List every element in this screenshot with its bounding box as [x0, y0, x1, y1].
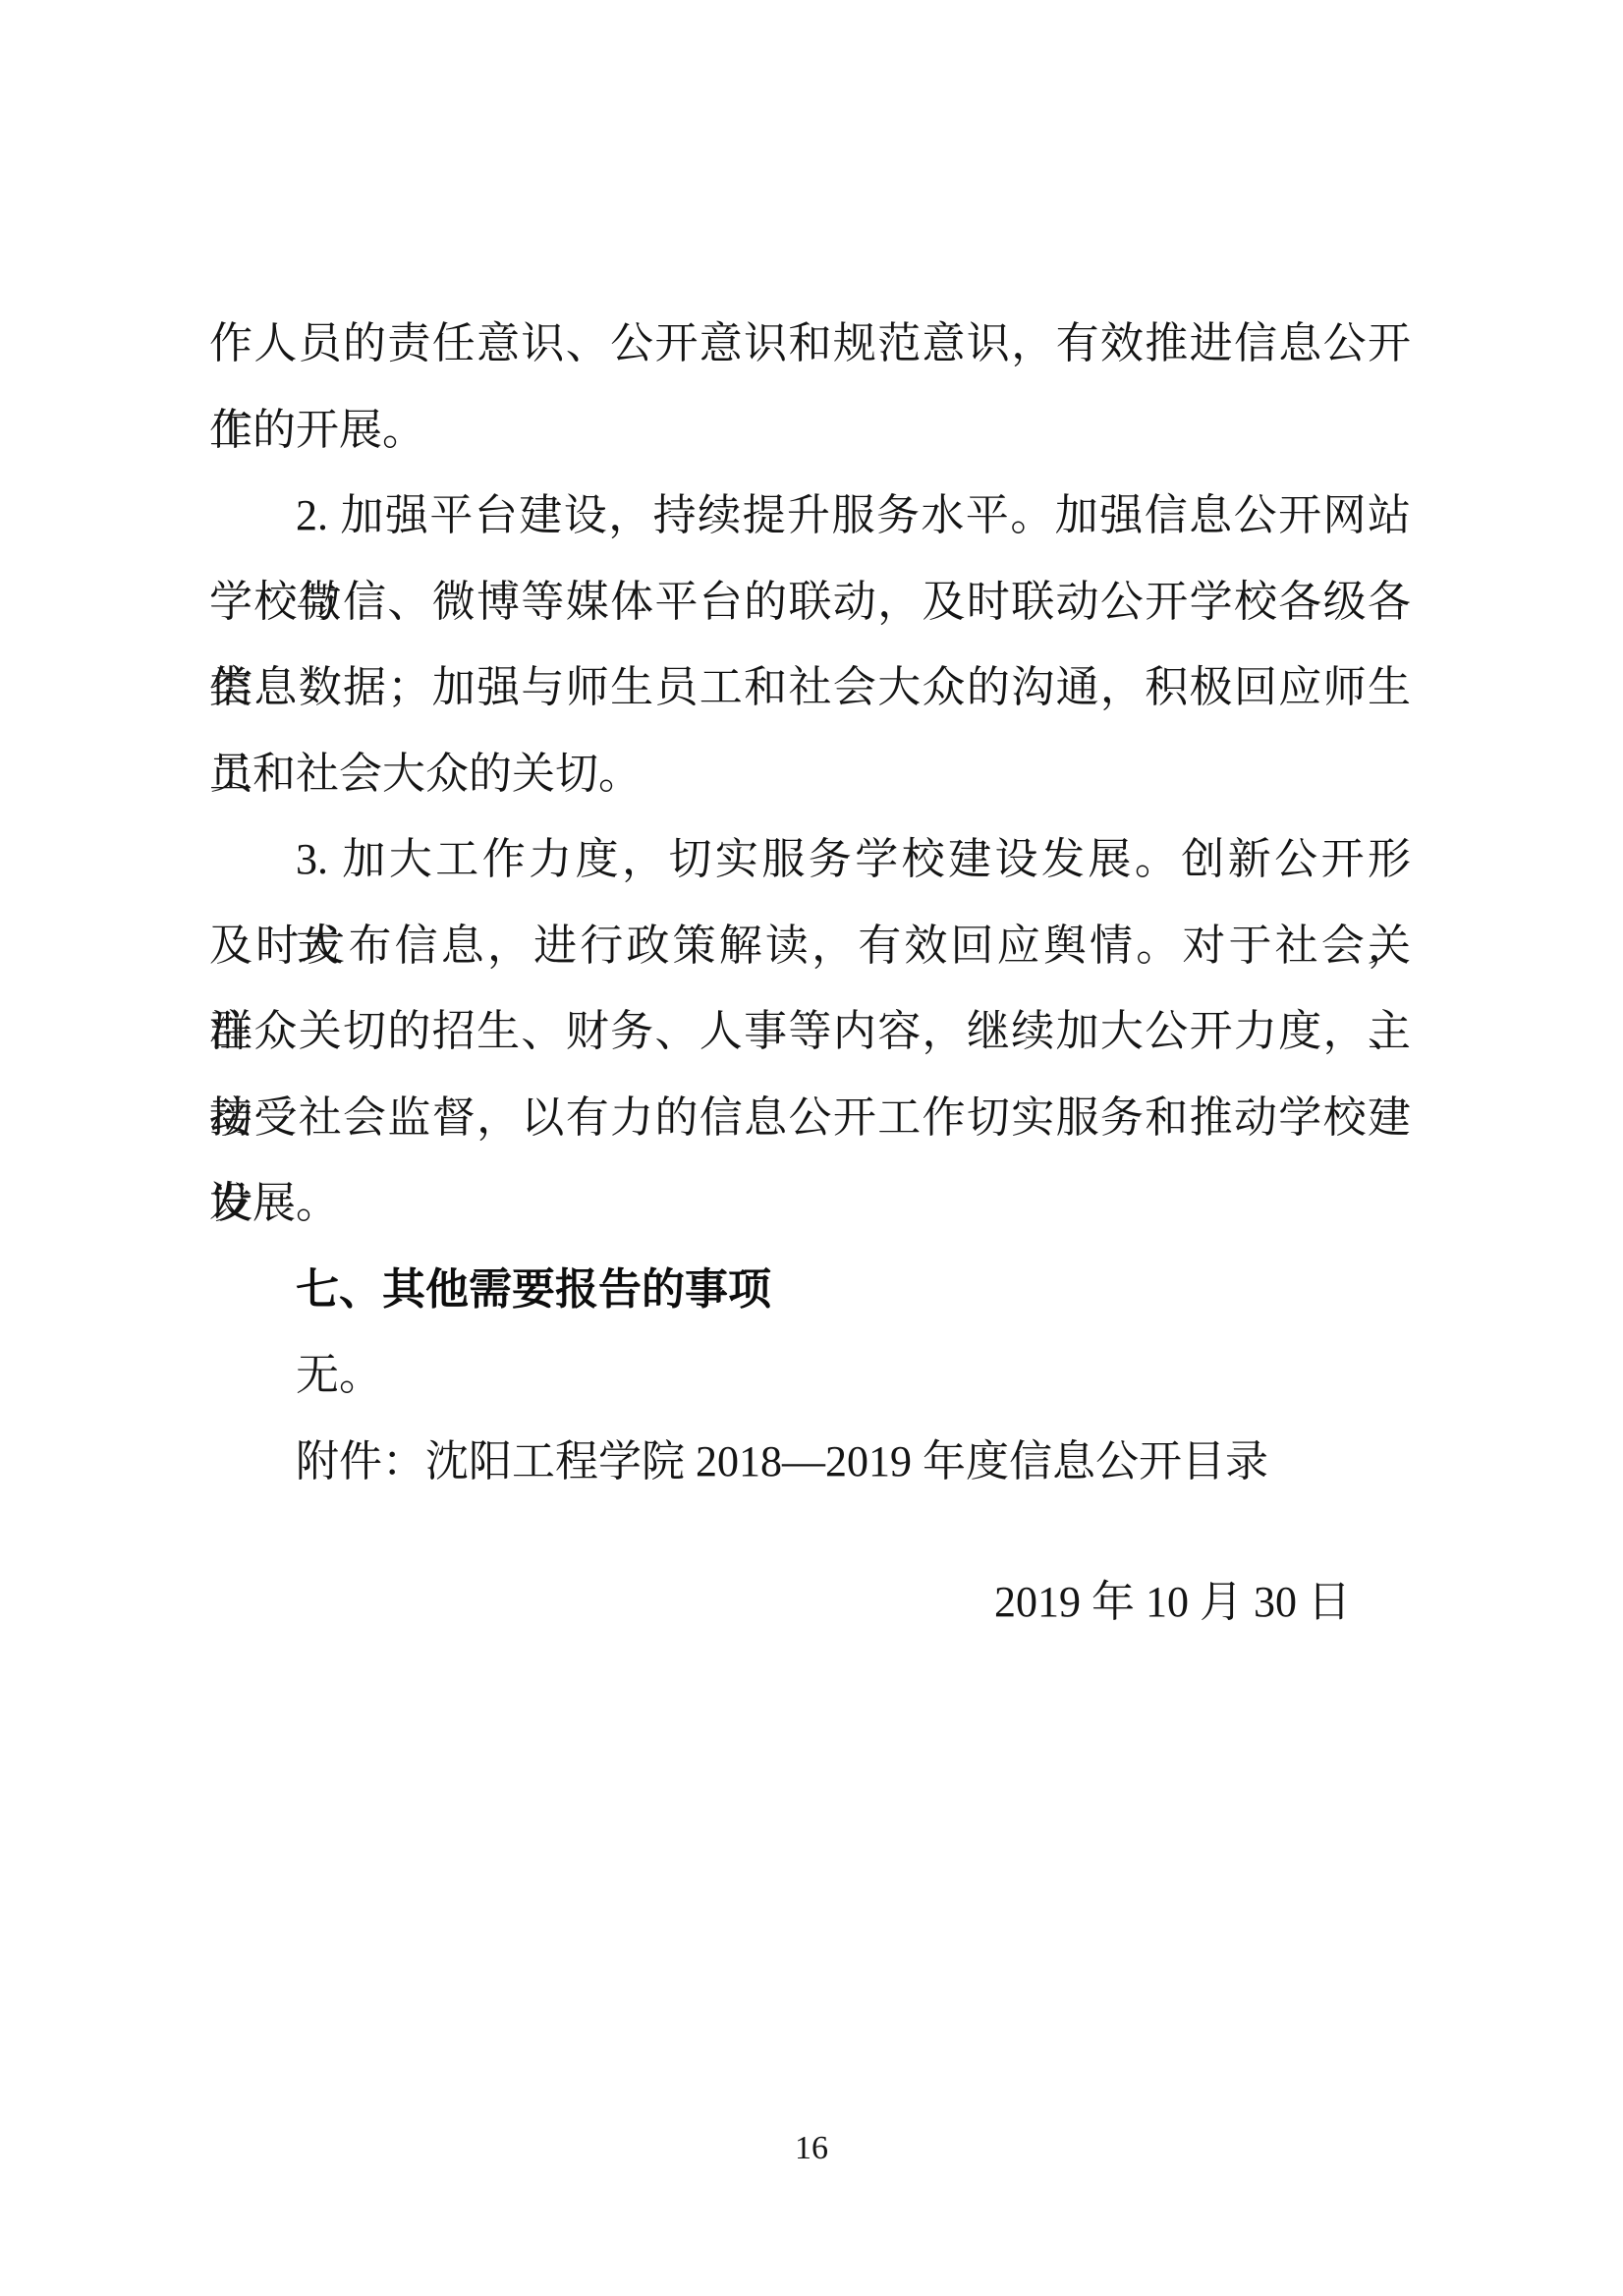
body-line: 群众关切的招生、财务、人事等内容，继续加大公开力度，主动 — [209, 988, 1411, 1075]
body-line: 作的开展。 — [209, 387, 1411, 474]
body-line-item-3: 3. 加大工作力度，切实服务学校建设发展。创新公开形式， — [209, 816, 1411, 903]
document-page: 作人员的责任意识、公开意识和规范意识，有效推进信息公开工 作的开展。 2. 加强… — [0, 0, 1623, 2296]
body-line: 作人员的责任意识、公开意识和规范意识，有效推进信息公开工 — [209, 301, 1411, 387]
body-line: 接受社会监督，以有力的信息公开工作切实服务和推动学校建设 — [209, 1075, 1411, 1161]
body-line: 及时发布信息，进行政策解读，有效回应舆情。对于社会关注、 — [209, 903, 1411, 989]
document-body: 作人员的责任意识、公开意识和规范意识，有效推进信息公开工 作的开展。 2. 加强… — [209, 301, 1411, 1504]
signature-date: 2019 年 10 月 30 日 — [994, 1559, 1351, 1646]
body-line: 学校微信、微博等媒体平台的联动，及时联动公开学校各级各类 — [209, 559, 1411, 645]
attachment-reference: 附件：沈阳工程学院 2018—2019 年度信息公开目录 — [209, 1419, 1411, 1505]
body-line: 信息数据；加强与师生员工和社会大众的沟通，积极回应师生员 — [209, 644, 1411, 731]
section-heading-7: 七、其他需要报告的事项 — [209, 1247, 1411, 1333]
none-line: 无。 — [209, 1332, 1411, 1419]
body-line: 工和社会大众的关切。 — [209, 731, 1411, 817]
page-number: 16 — [0, 2129, 1623, 2168]
body-line-item-2: 2. 加强平台建设，持续提升服务水平。加强信息公开网站与 — [209, 473, 1411, 559]
body-line: 发展。 — [209, 1160, 1411, 1247]
